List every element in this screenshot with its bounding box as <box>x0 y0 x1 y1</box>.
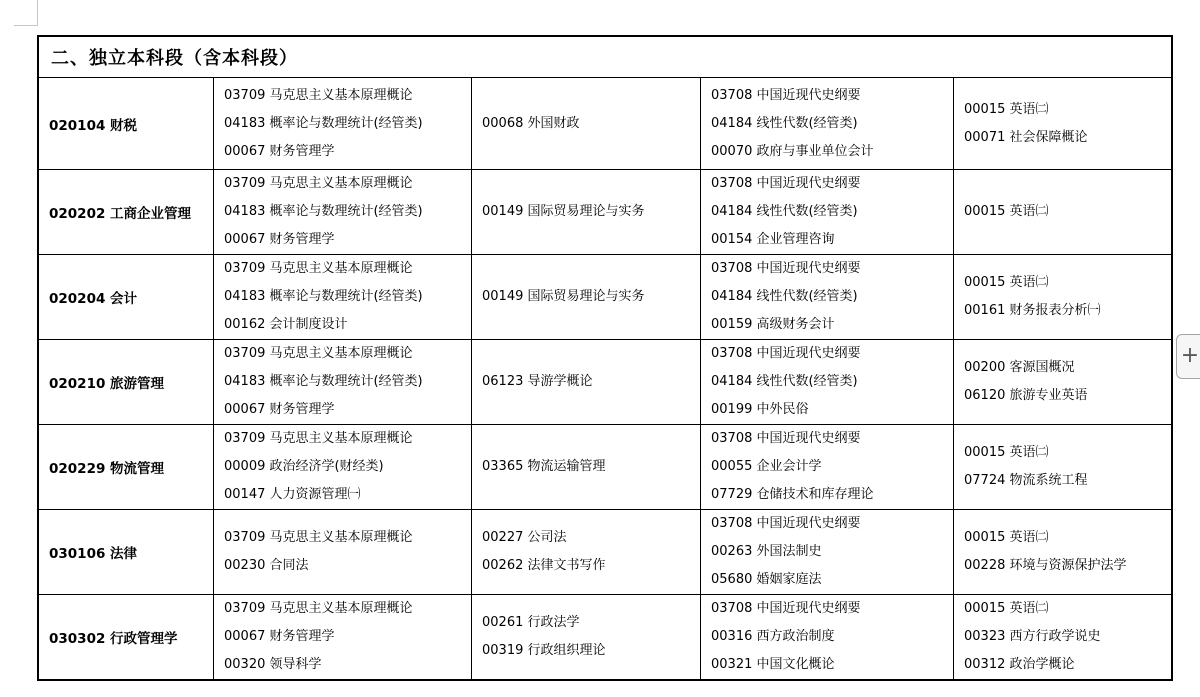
course-cell: 03708 中国近现代史纲要00263 外国法制史05680 婚姻家庭法 <box>700 509 953 594</box>
course-item: 00199 中外民俗 <box>711 396 947 424</box>
course-item: 00320 领导科学 <box>224 651 465 679</box>
major-label: 030106 法律 <box>49 542 207 562</box>
course-item: 00067 财务管理学 <box>224 138 465 166</box>
course-item: 00261 行政法学 <box>482 609 694 637</box>
course-item: 00316 西方政治制度 <box>711 623 947 651</box>
course-item: 00149 国际贸易理论与实务 <box>482 198 694 226</box>
course-cell: 03709 马克思主义基本原理概论00230 合同法 <box>213 509 471 594</box>
course-cell: 00015 英语㈡00161 财务报表分析㈠ <box>953 254 1171 339</box>
course-item: 00067 财务管理学 <box>224 226 465 254</box>
course-cell: 03709 马克思主义基本原理概论04183 概率论与数理统计(经管类)0006… <box>213 169 471 254</box>
course-cell: 00200 客源国概况06120 旅游专业英语 <box>953 339 1171 424</box>
course-cell: 03708 中国近现代史纲要04184 线性代数(经管类)00159 高级财务会… <box>700 254 953 339</box>
course-cell: 00149 国际贸易理论与实务 <box>471 254 700 339</box>
course-item: 04184 线性代数(经管类) <box>711 368 947 396</box>
course-item: 00067 财务管理学 <box>224 396 465 424</box>
course-item: 00323 西方行政学说史 <box>964 623 1165 651</box>
major-cell: 020229 物流管理 <box>39 424 213 509</box>
course-cell: 00015 英语㈡00228 环境与资源保护法学 <box>953 509 1171 594</box>
course-item: 00015 英语㈡ <box>964 269 1165 297</box>
course-item: 00159 高级财务会计 <box>711 311 947 339</box>
course-item: 00227 公司法 <box>482 524 694 552</box>
major-label: 020229 物流管理 <box>49 457 207 477</box>
course-item: 00055 企业会计学 <box>711 453 947 481</box>
course-item: 00009 政治经济学(财经类) <box>224 453 465 481</box>
major-cell: 030302 行政管理学 <box>39 594 213 679</box>
course-item: 00015 英语㈡ <box>964 524 1165 552</box>
course-item: 00262 法律文书写作 <box>482 552 694 580</box>
course-cell: 03709 马克思主义基本原理概论00009 政治经济学(财经类)00147 人… <box>213 424 471 509</box>
course-item: 00154 企业管理咨询 <box>711 226 947 254</box>
major-cell: 030106 法律 <box>39 509 213 594</box>
major-cell: 020204 会计 <box>39 254 213 339</box>
course-cell: 00015 英语㈡00071 社会保障概论 <box>953 77 1171 169</box>
course-item: 03709 马克思主义基本原理概论 <box>224 255 465 283</box>
course-cell: 00015 英语㈡00323 西方行政学说史00312 政治学概论 <box>953 594 1171 679</box>
course-item: 00070 政府与事业单位会计 <box>711 138 947 166</box>
course-cell: 00261 行政法学00319 行政组织理论 <box>471 594 700 679</box>
course-item: 00067 财务管理学 <box>224 623 465 651</box>
course-item: 04183 概率论与数理统计(经管类) <box>224 110 465 138</box>
course-item: 03708 中国近现代史纲要 <box>711 340 947 368</box>
course-item: 04184 线性代数(经管类) <box>711 283 947 311</box>
course-item: 03709 马克思主义基本原理概论 <box>224 170 465 198</box>
expand-button[interactable]: + <box>1176 334 1200 379</box>
course-cell: 03709 马克思主义基本原理概论04183 概率论与数理统计(经管类)0006… <box>213 339 471 424</box>
course-item: 00319 行政组织理论 <box>482 637 694 665</box>
course-item: 03709 马克思主义基本原理概论 <box>224 82 465 110</box>
major-cell: 020202 工商企业管理 <box>39 169 213 254</box>
course-item: 04184 线性代数(经管类) <box>711 198 947 226</box>
course-item: 03708 中国近现代史纲要 <box>711 170 947 198</box>
course-cell: 03709 马克思主义基本原理概论04183 概率论与数理统计(经管类)0016… <box>213 254 471 339</box>
major-label: 030302 行政管理学 <box>49 627 207 647</box>
course-cell: 00068 外国财政 <box>471 77 700 169</box>
course-item: 00263 外国法制史 <box>711 538 947 566</box>
course-cell: 03709 马克思主义基本原理概论00067 财务管理学00320 领导科学 <box>213 594 471 679</box>
course-item: 05680 婚姻家庭法 <box>711 566 947 594</box>
course-item: 00147 人力资源管理㈠ <box>224 481 465 509</box>
course-item: 00071 社会保障概论 <box>964 124 1165 152</box>
major-label: 020204 会计 <box>49 287 207 307</box>
course-item: 03708 中国近现代史纲要 <box>711 82 947 110</box>
course-item: 00068 外国财政 <box>482 110 694 138</box>
course-item: 00015 英语㈡ <box>964 595 1165 623</box>
course-item: 03708 中国近现代史纲要 <box>711 510 947 538</box>
plus-icon: + <box>1181 343 1199 368</box>
course-cell: 03708 中国近现代史纲要04184 线性代数(经管类)00154 企业管理咨… <box>700 169 953 254</box>
course-item: 00312 政治学概论 <box>964 651 1165 679</box>
course-cell: 03708 中国近现代史纲要00316 西方政治制度00321 中国文化概论 <box>700 594 953 679</box>
course-cell: 03708 中国近现代史纲要04184 线性代数(经管类)00070 政府与事业… <box>700 77 953 169</box>
course-item: 04183 概率论与数理统计(经管类) <box>224 198 465 226</box>
course-cell: 03709 马克思主义基本原理概论04183 概率论与数理统计(经管类)0006… <box>213 77 471 169</box>
course-item: 07724 物流系统工程 <box>964 467 1165 495</box>
course-cell: 06123 导游学概论 <box>471 339 700 424</box>
major-label: 020210 旅游管理 <box>49 372 207 392</box>
course-cell: 00227 公司法00262 法律文书写作 <box>471 509 700 594</box>
course-item: 00015 英语㈡ <box>964 439 1165 467</box>
course-cell: 00015 英语㈡ <box>953 169 1171 254</box>
course-item: 00321 中国文化概论 <box>711 651 947 679</box>
course-item: 04183 概率论与数理统计(经管类) <box>224 283 465 311</box>
major-label: 020202 工商企业管理 <box>49 202 207 222</box>
course-item: 00228 环境与资源保护法学 <box>964 552 1165 580</box>
course-item: 03709 马克思主义基本原理概论 <box>224 425 465 453</box>
major-cell: 020104 财税 <box>39 77 213 169</box>
course-item: 07729 仓储技术和库存理论 <box>711 481 947 509</box>
course-item: 00149 国际贸易理论与实务 <box>482 283 694 311</box>
schedule-table: 二、独立本科段（含本科段） 020104 财税03709 马克思主义基本原理概论… <box>37 35 1173 681</box>
course-item: 03365 物流运输管理 <box>482 453 694 481</box>
course-item: 03708 中国近现代史纲要 <box>711 425 947 453</box>
section-title: 二、独立本科段（含本科段） <box>39 37 1171 77</box>
course-item: 04183 概率论与数理统计(经管类) <box>224 368 465 396</box>
course-item: 00162 会计制度设计 <box>224 311 465 339</box>
course-cell: 03365 物流运输管理 <box>471 424 700 509</box>
leftover-gridline-horizontal <box>14 25 38 26</box>
course-item: 00015 英语㈡ <box>964 198 1165 226</box>
course-item: 00200 客源国概况 <box>964 354 1165 382</box>
course-item: 06120 旅游专业英语 <box>964 382 1165 410</box>
course-item: 03708 中国近现代史纲要 <box>711 255 947 283</box>
course-item: 00015 英语㈡ <box>964 96 1165 124</box>
course-item: 00161 财务报表分析㈠ <box>964 297 1165 325</box>
course-item: 06123 导游学概论 <box>482 368 694 396</box>
course-item: 04184 线性代数(经管类) <box>711 110 947 138</box>
course-item: 03709 马克思主义基本原理概论 <box>224 340 465 368</box>
leftover-gridline-vertical <box>37 0 38 25</box>
major-label: 020104 财税 <box>49 114 207 134</box>
course-item: 00230 合同法 <box>224 552 465 580</box>
course-item: 03709 马克思主义基本原理概论 <box>224 524 465 552</box>
course-cell: 00149 国际贸易理论与实务 <box>471 169 700 254</box>
course-item: 03709 马克思主义基本原理概论 <box>224 595 465 623</box>
course-cell: 03708 中国近现代史纲要04184 线性代数(经管类)00199 中外民俗 <box>700 339 953 424</box>
course-item: 03708 中国近现代史纲要 <box>711 595 947 623</box>
major-cell: 020210 旅游管理 <box>39 339 213 424</box>
course-cell: 00015 英语㈡07724 物流系统工程 <box>953 424 1171 509</box>
course-cell: 03708 中国近现代史纲要00055 企业会计学07729 仓储技术和库存理论 <box>700 424 953 509</box>
